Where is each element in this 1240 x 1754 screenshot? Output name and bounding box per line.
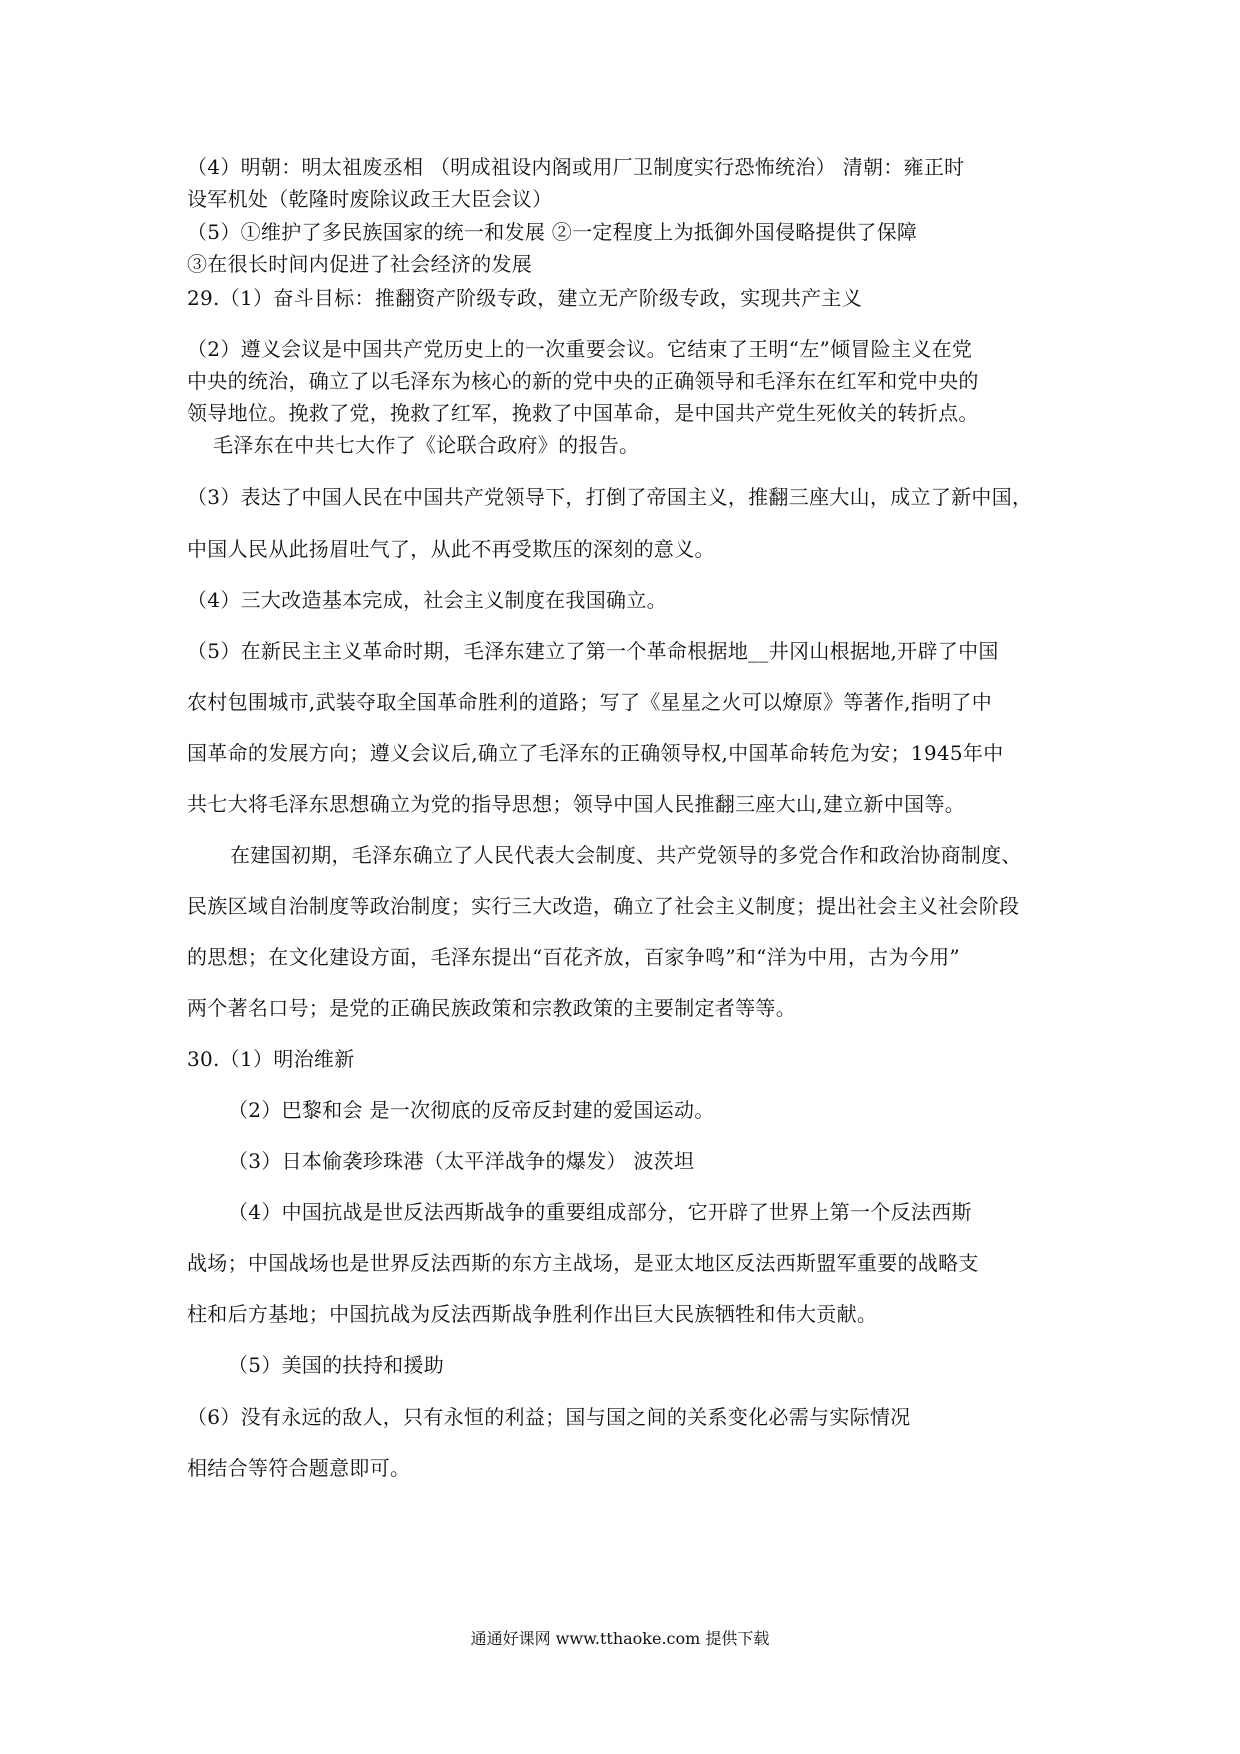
answer-q29-1: 29.（1）奋斗目标：推翻资产阶级专政，建立无产阶级专政，实现共产主义 bbox=[187, 286, 862, 310]
answer-q28-5-line-2: ③在很长时间内促进了社会经济的发展 bbox=[187, 252, 532, 276]
answer-q28-4-line-2: 设军机处（乾隆时废除议政王大臣会议） bbox=[187, 187, 552, 211]
answer-q29-3-line-2: 中国人民从此扬眉吐气了，从此不再受欺压的深刻的意义。 bbox=[187, 537, 715, 561]
answer-q29-5-line-8: 两个著名口号；是党的正确民族政策和宗教政策的主要制定者等等。 bbox=[187, 996, 796, 1020]
answer-q30-3: （3）日本偷袭珍珠港（太平洋战争的爆发） 波茨坦 bbox=[228, 1149, 694, 1173]
answer-q29-4: （4）三大改造基本完成，社会主义制度在我国确立。 bbox=[187, 588, 667, 612]
answer-q29-2-line-4: 毛泽东在中共七大作了《论联合政府》的报告。 bbox=[213, 433, 639, 457]
answer-q28-5-line-1: （5）①维护了多民族国家的统一和发展 ②一定程度上为抵御外国侵略提供了保障 bbox=[187, 220, 917, 244]
answer-q29-5-line-7: 的思想；在文化建设方面，毛泽东提出“百花齐放，百家争鸣”和“洋为中用，古为今用” bbox=[187, 945, 960, 969]
answer-q28-4-line-1: （4）明朝：明太祖废丞相 （明成祖设内阁或用厂卫制度实行恐怖统治） 清朝：雍正时 bbox=[187, 155, 964, 179]
answer-q30-1: 30.（1）明治维新 bbox=[187, 1047, 355, 1071]
answer-q30-4-line-2: 战场；中国战场也是世界反法西斯的东方主战场，是亚太地区反法西斯盟军重要的战略支 bbox=[187, 1251, 979, 1275]
answer-q29-5-line-2: 农村包围城市,武装夺取全国革命胜利的道路；写了《星星之火可以燎原》等著作,指明了… bbox=[187, 690, 992, 714]
answer-q29-3-line-1: （3）表达了中国人民在中国共产党领导下，打倒了帝国主义，推翻三座大山，成立了新中… bbox=[187, 485, 1032, 509]
answer-q29-5-line-6: 民族区域自治制度等政治制度；实行三大改造，确立了社会主义制度；提出社会主义社会阶… bbox=[187, 894, 1019, 918]
answer-q30-5: （5）美国的扶持和援助 bbox=[228, 1353, 444, 1377]
answer-q29-2-line-2: 中央的统治，确立了以毛泽东为核心的新的党中央的正确领导和毛泽东在红军和党中央的 bbox=[187, 369, 979, 393]
answer-q30-6-line-2: 相结合等符合题意即可。 bbox=[187, 1456, 410, 1480]
answer-q30-2: （2）巴黎和会 是一次彻底的反帝反封建的爱国运动。 bbox=[228, 1098, 715, 1122]
answer-q30-4-line-3: 柱和后方基地；中国抗战为反法西斯战争胜利作出巨大民族牺牲和伟大贡献。 bbox=[187, 1302, 877, 1326]
answer-q29-2-line-3: 领导地位。挽救了党，挽救了红军，挽救了中国革命，是中国共产党生死攸关的转折点。 bbox=[187, 401, 979, 425]
answer-q30-4-line-1: （4）中国抗战是世反法西斯战争的重要组成部分，它开辟了世界上第一个反法西斯 bbox=[228, 1200, 972, 1224]
page-footer: 通通好课网 www.tthaoke.com 提供下载 bbox=[0, 1626, 1240, 1649]
answer-q29-5-line-3: 国革命的发展方向；遵义会议后,确立了毛泽东的正确领导权,中国革命转危为安；194… bbox=[187, 741, 1004, 765]
answer-q29-5-line-1: （5）在新民主主义革命时期，毛泽东建立了第一个革命根据地__井冈山根据地,开辟了… bbox=[187, 639, 999, 663]
answer-q29-2-line-1: （2）遵义会议是中国共产党历史上的一次重要会议。它结束了王明“左”倾冒险主义在党 bbox=[187, 337, 972, 361]
answer-q29-5-line-4: 共七大将毛泽东思想确立为党的指导思想；领导中国人民推翻三座大山,建立新中国等。 bbox=[187, 792, 965, 816]
answer-q29-5-line-5: 在建国初期，毛泽东确立了人民代表大会制度、共产党领导的多党合作和政治协商制度、 bbox=[230, 843, 1022, 867]
answer-q30-6-line-1: （6）没有永远的敌人，只有永恒的利益；国与国之间的关系变化必需与实际情况 bbox=[187, 1405, 911, 1429]
